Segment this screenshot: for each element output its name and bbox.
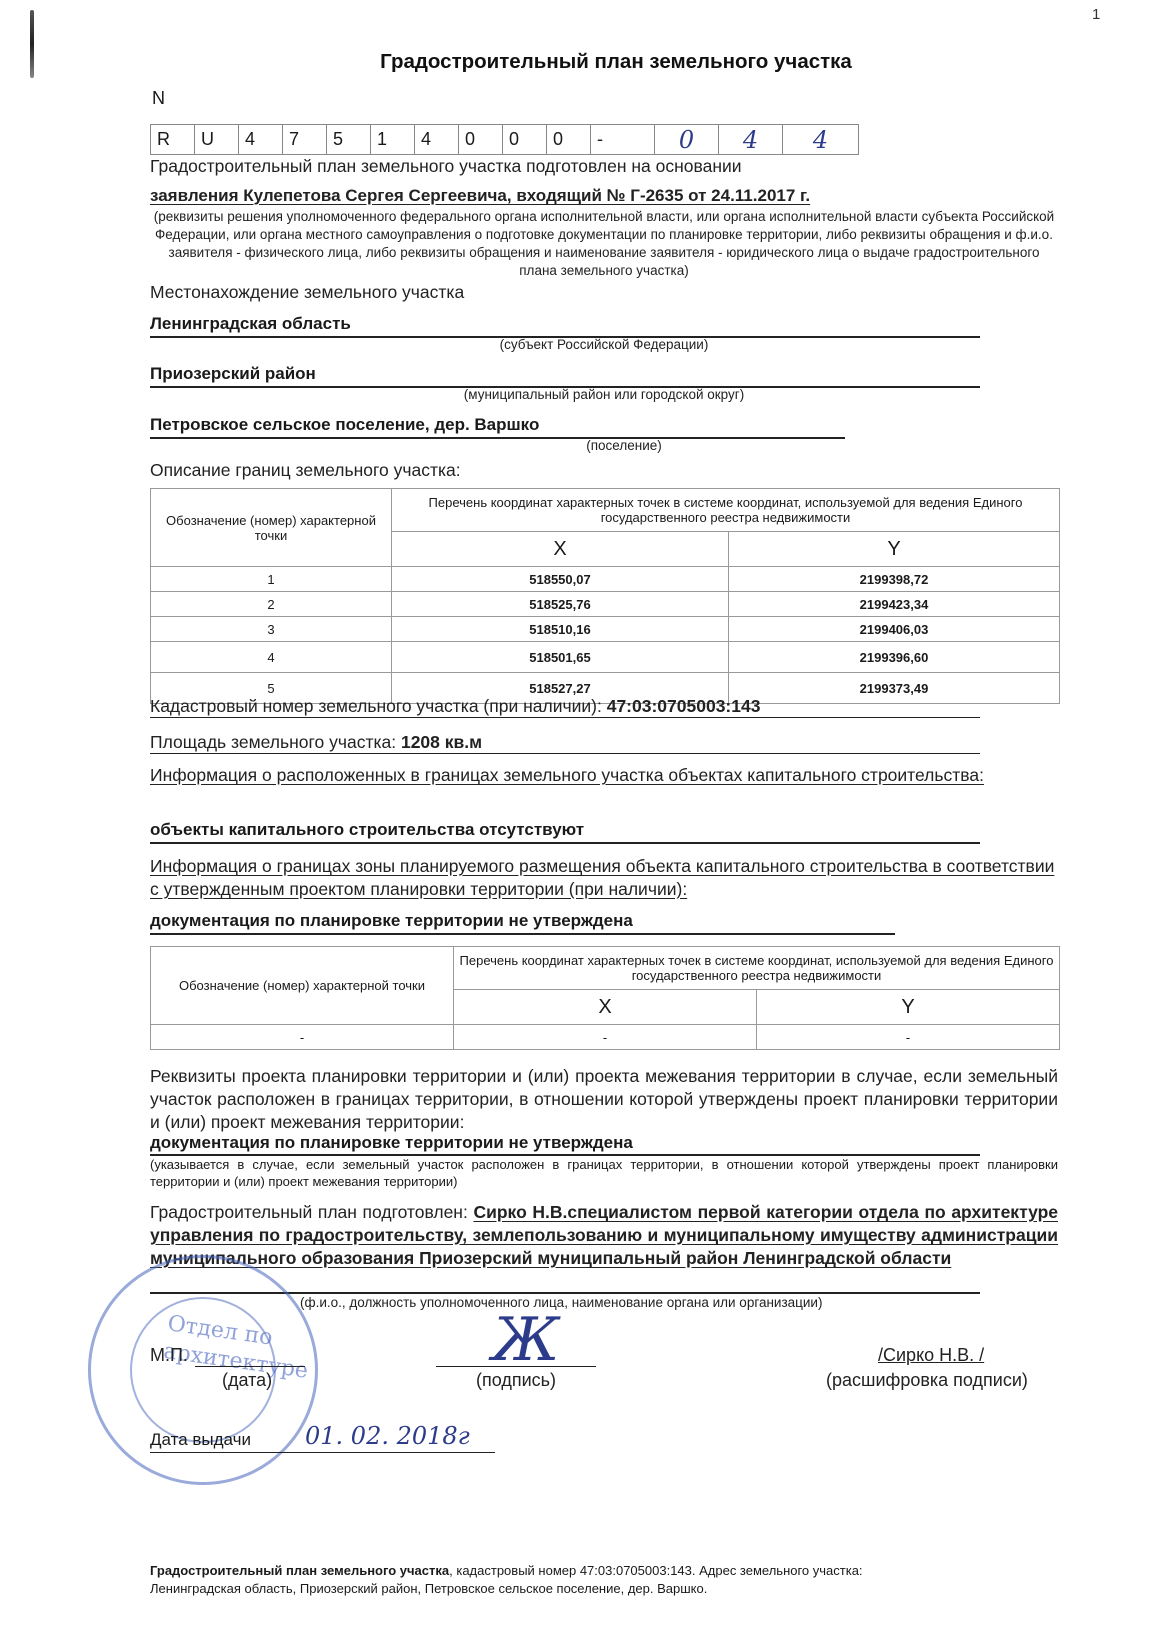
district-value: Приозерский район <box>150 364 316 383</box>
cadastral-label: Кадастровый номер земельного участка (пр… <box>150 696 607 716</box>
code-cell: 7 <box>283 125 327 155</box>
date-line <box>195 1366 305 1367</box>
table-row: 4 518501,65 2199396,60 <box>151 642 1060 673</box>
capital-objects-value: объекты капитального строительства отсут… <box>150 820 584 839</box>
code-cell: - <box>591 125 655 155</box>
signature-line <box>436 1366 596 1367</box>
settlement-note: (поселение) <box>150 437 1058 455</box>
coord-y: 2199396,60 <box>729 642 1060 673</box>
subject-field: Ленинградская область <box>150 314 980 338</box>
code-cell: 0 <box>503 125 547 155</box>
header-point: Обозначение (номер) характерной точки <box>151 947 454 1025</box>
capital-objects-label: Информация о расположенных в границах зе… <box>150 764 1058 787</box>
coord-y: 2199406,03 <box>729 617 1060 642</box>
footer: Градостроительный план земельного участк… <box>150 1562 863 1598</box>
point-number: 2 <box>151 592 392 617</box>
coord-y: 2199398,72 <box>729 567 1060 592</box>
area-value: 1208 кв.м <box>401 732 482 752</box>
boundaries-label: Описание границ земельного участка: <box>150 460 461 481</box>
point-number: 3 <box>151 617 392 642</box>
coord-y: - <box>757 1025 1060 1050</box>
header-coords: Перечень координат характерных точек в с… <box>454 947 1060 990</box>
district-field: Приозерский район <box>150 364 980 388</box>
coord-x: 518550,07 <box>392 567 729 592</box>
coord-x: - <box>454 1025 757 1050</box>
coord-y: 2199423,34 <box>729 592 1060 617</box>
footer-text: , кадастровый номер 47:03:0705003:143. А… <box>449 1563 862 1578</box>
prepared-by-block: Градостроительный план подготовлен: Сирк… <box>150 1201 1058 1270</box>
code-cell-handwritten: 4 <box>783 125 859 155</box>
code-cell: 4 <box>415 125 459 155</box>
project-details-value: документация по планировке территории не… <box>150 1133 633 1152</box>
table-row: 1 518550,07 2199398,72 <box>151 567 1060 592</box>
planned-zone-field: документация по планировке территории не… <box>150 911 895 935</box>
area-field: Площадь земельного участка: 1208 кв.м <box>150 732 980 754</box>
code-cell: 0 <box>459 125 503 155</box>
footer-line2: Ленинградская область, Приозерский район… <box>150 1580 863 1598</box>
number-label: N <box>152 88 165 109</box>
signature-caption: (подпись) <box>476 1370 556 1391</box>
cadastral-value: 47:03:0705003:143 <box>607 696 761 716</box>
signatory-name: /Сирко Н.В. / <box>878 1345 984 1366</box>
table-row: - - - <box>151 1025 1060 1050</box>
district-note: (муниципальный район или городской округ… <box>150 386 1058 404</box>
subject-value: Ленинградская область <box>150 314 351 333</box>
code-cell: 0 <box>547 125 591 155</box>
settlement-field: Петровское сельское поселение, дер. Варш… <box>150 415 845 439</box>
header-x: X <box>454 990 757 1025</box>
basis-note: (реквизиты решения уполномоченного федер… <box>150 208 1058 280</box>
prepared-by-note: (ф.и.о., должность уполномоченного лица,… <box>300 1294 822 1312</box>
coord-x: 518525,76 <box>392 592 729 617</box>
project-details-note: (указывается в случае, если земельный уч… <box>150 1156 1058 1190</box>
page-number: 1 <box>1092 6 1100 23</box>
code-cell: R <box>151 125 195 155</box>
mp-label: М.П. <box>150 1345 188 1366</box>
settlement-value: Петровское сельское поселение, дер. Варш… <box>150 415 539 434</box>
cadastral-field: Кадастровый номер земельного участка (пр… <box>150 696 980 718</box>
point-number: 1 <box>151 567 392 592</box>
basis-label: Градостроительный план земельного участк… <box>150 156 742 177</box>
project-details-label: Реквизиты проекта планировки территории … <box>150 1065 1058 1134</box>
code-cell: 1 <box>371 125 415 155</box>
planned-zone-label: Информация о границах зоны планируемого … <box>150 855 1058 901</box>
code-cell: 5 <box>327 125 371 155</box>
point-number: - <box>151 1025 454 1050</box>
header-coords: Перечень координат характерных точек в с… <box>392 489 1060 532</box>
header-x: X <box>392 532 729 567</box>
basis-value: заявления Кулепетова Сергея Сергеевича, … <box>150 186 810 206</box>
capital-objects-field: объекты капитального строительства отсут… <box>150 820 980 844</box>
project-details-field: документация по планировке территории не… <box>150 1133 980 1156</box>
handwritten-signature: Ж <box>492 1305 559 1375</box>
planned-zone-value: документация по планировке территории не… <box>150 911 633 930</box>
issue-date-value: 01. 02. 2018г <box>305 1422 470 1450</box>
header-point: Обозначение (номер) характерной точки <box>151 489 392 567</box>
coord-x: 518510,16 <box>392 617 729 642</box>
table-row: 3 518510,16 2199406,03 <box>151 617 1060 642</box>
coord-x: 518501,65 <box>392 642 729 673</box>
issue-date-field: Дата выдачи 01. 02. 2018г <box>150 1430 495 1453</box>
signatory-name-caption: (расшифровка подписи) <box>826 1370 1028 1391</box>
plan-code-grid: R U 4 7 5 1 4 0 0 0 - 0 4 4 <box>150 124 859 155</box>
point-number: 4 <box>151 642 392 673</box>
code-cell: U <box>195 125 239 155</box>
code-cell-handwritten: 4 <box>719 125 783 155</box>
subject-note: (субъект Российской Федерации) <box>150 336 1058 354</box>
issue-date-label: Дата выдачи <box>150 1430 251 1449</box>
code-cell: 4 <box>239 125 283 155</box>
location-label: Местонахождение земельного участка <box>150 282 464 303</box>
planned-zone-table: Обозначение (номер) характерной точки Пе… <box>150 946 1060 1050</box>
header-y: Y <box>757 990 1060 1025</box>
table-row: 2 518525,76 2199423,34 <box>151 592 1060 617</box>
prepared-by-label: Градостроительный план подготовлен: <box>150 1202 473 1222</box>
code-cell-handwritten: 0 <box>655 125 719 155</box>
header-y: Y <box>729 532 1060 567</box>
footer-bold: Градостроительный план земельного участк… <box>150 1563 449 1578</box>
area-label: Площадь земельного участка: <box>150 732 401 752</box>
page-title: Градостроительный план земельного участк… <box>0 50 1172 74</box>
boundaries-table: Обозначение (номер) характерной точки Пе… <box>150 488 1060 704</box>
date-caption: (дата) <box>222 1370 272 1391</box>
